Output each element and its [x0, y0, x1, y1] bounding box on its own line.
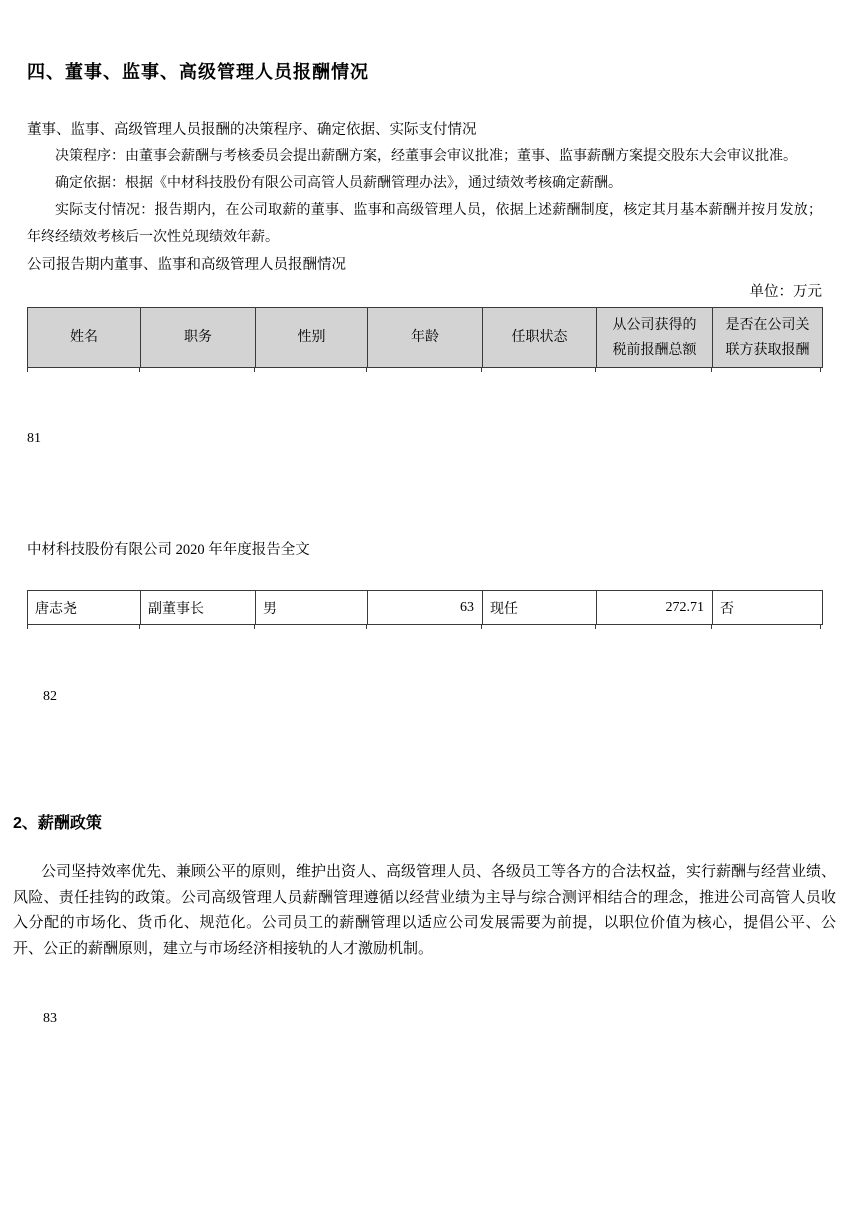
- page-number-82: 82: [43, 688, 57, 706]
- stub-cell: [255, 625, 367, 629]
- salary-policy-heading: 2、薪酬政策: [13, 813, 833, 835]
- paragraph-decision-procedure: 决策程序：由董事会薪酬与考核委员会提出薪酬方案，经董事会审议批准；董事、监事薪酬…: [27, 143, 822, 170]
- stub-cell: [596, 625, 712, 629]
- table-continuation-stub: [27, 625, 823, 629]
- header-cell-status: 任职状态: [483, 308, 597, 367]
- header-cell-gender: 性别: [256, 308, 368, 367]
- header-cell-total-pay: 从公司获得的 税前报酬总额: [597, 308, 713, 367]
- table-row: 唐志尧 副董事长 男 63 现任 272.71 否: [27, 590, 823, 625]
- stub-cell: [482, 368, 596, 372]
- compensation-table-row: 唐志尧 副董事长 男 63 现任 272.71 否: [27, 590, 823, 629]
- cell-position: 副董事长: [141, 591, 256, 624]
- running-page-header: 中材科技股份有限公司 2020 年年度报告全文: [27, 540, 822, 560]
- policy-paragraphs: 决策程序：由董事会薪酬与考核委员会提出薪酬方案，经董事会审议批准；董事、监事薪酬…: [27, 143, 822, 251]
- cell-total-pay: 272.71: [597, 591, 713, 624]
- stub-cell: [367, 625, 482, 629]
- cell-name: 唐志尧: [28, 591, 141, 624]
- header-cell-age: 年龄: [368, 308, 483, 367]
- stub-cell: [27, 368, 140, 372]
- stub-cell: [255, 368, 367, 372]
- cell-status: 现任: [483, 591, 597, 624]
- unit-label: 单位：万元: [27, 281, 822, 303]
- stub-cell: [367, 368, 482, 372]
- stub-cell: [27, 625, 140, 629]
- intro-paragraph: 董事、监事、高级管理人员报酬的决策程序、确定依据、实际支付情况: [27, 119, 822, 141]
- stub-cell: [140, 625, 255, 629]
- header-cell-name: 姓名: [28, 308, 141, 367]
- header-cell-related-party: 是否在公司关 联方获取报酬: [713, 308, 822, 367]
- stub-cell: [140, 368, 255, 372]
- stub-cell: [482, 625, 596, 629]
- salary-policy-paragraph: 公司坚持效率优先、兼顾公平的原则，维护出资人、高级管理人员、各级员工等各方的合法…: [13, 860, 836, 962]
- cell-gender: 男: [256, 591, 368, 624]
- stub-cell: [596, 368, 712, 372]
- stub-cell: [712, 368, 821, 372]
- paragraph-actual-payment: 实际支付情况：报告期内，在公司取薪的董事、监事和高级管理人员，依据上述薪酬制度，…: [27, 197, 822, 251]
- table-caption: 公司报告期内董事、监事和高级管理人员报酬情况: [27, 254, 822, 276]
- section-title: 四、董事、监事、高级管理人员报酬情况: [27, 60, 822, 84]
- cell-related-party: 否: [713, 591, 822, 624]
- table-continuation-stub: [27, 368, 823, 372]
- cell-age: 63: [368, 591, 483, 624]
- page-number-83: 83: [43, 1010, 57, 1028]
- stub-cell: [712, 625, 821, 629]
- table-header-row: 姓名 职务 性别 年龄 任职状态 从公司获得的 税前报酬总额 是否在公司关 联方…: [27, 307, 823, 368]
- document-page: 四、董事、监事、高级管理人员报酬情况 董事、监事、高级管理人员报酬的决策程序、确…: [0, 0, 850, 1223]
- compensation-table-header: 姓名 职务 性别 年龄 任职状态 从公司获得的 税前报酬总额 是否在公司关 联方…: [27, 307, 823, 372]
- paragraph-determination-basis: 确定依据：根据《中材科技股份有限公司高管人员薪酬管理办法》，通过绩效考核确定薪酬…: [27, 170, 822, 197]
- page-number-81: 81: [27, 430, 41, 448]
- header-cell-position: 职务: [141, 308, 256, 367]
